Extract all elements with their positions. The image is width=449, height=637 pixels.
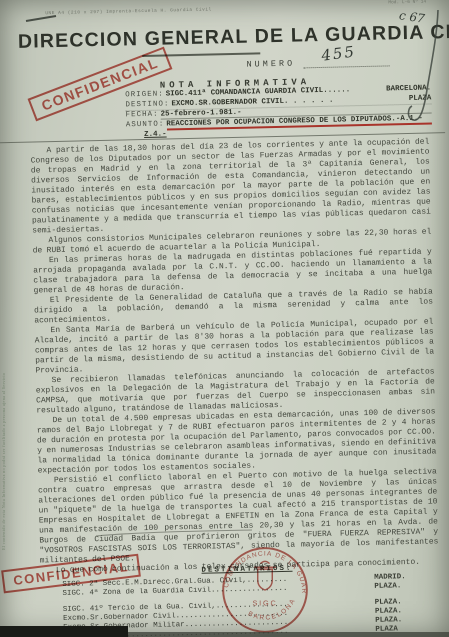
numero-row: NUMERO (246, 56, 389, 69)
form-model-reference: Mod. L-6 Nº 14 (388, 0, 426, 5)
round-stamp-crest (254, 561, 276, 590)
scan-edge-corner (0, 626, 128, 637)
origen-place: BARCELONA. (386, 84, 431, 93)
dest-place: PLAZA. (374, 582, 432, 592)
destino-place: PLAZA (409, 94, 432, 103)
paragraph-1: A partir de las 18,30 horas del día 23 d… (30, 138, 431, 237)
numero-label: NUMERO (246, 59, 295, 70)
round-unit-stamp: COMANDANCIA DE LA GUARDIA CIVIL BARCELON… (210, 540, 320, 637)
round-stamp-center-label: SIGC (252, 598, 277, 607)
scanned-document: UNE A4 (210 x 297) Imprenta-Escuela H. G… (0, 0, 449, 637)
document-body: A partir de las 18,30 horas del día 23 d… (30, 138, 439, 577)
origen-label: ORIGEN: (125, 91, 164, 100)
margin-print-note: El contenido de esta Nota Informativa no… (1, 300, 6, 550)
destino-label: DESTINO: (125, 100, 169, 109)
paragraph-7: De un total de 4.500 empresas ubicadas e… (36, 407, 436, 476)
asunto-value-line2: Z.4.- (144, 130, 167, 139)
printer-reference: UNE A4 (210 x 297) Imprenta-Escuela H. G… (45, 7, 212, 16)
paragraph-5: En Santa María de Barberá un vehículo de… (34, 317, 434, 376)
fecha-label: FECHA: (126, 111, 159, 121)
